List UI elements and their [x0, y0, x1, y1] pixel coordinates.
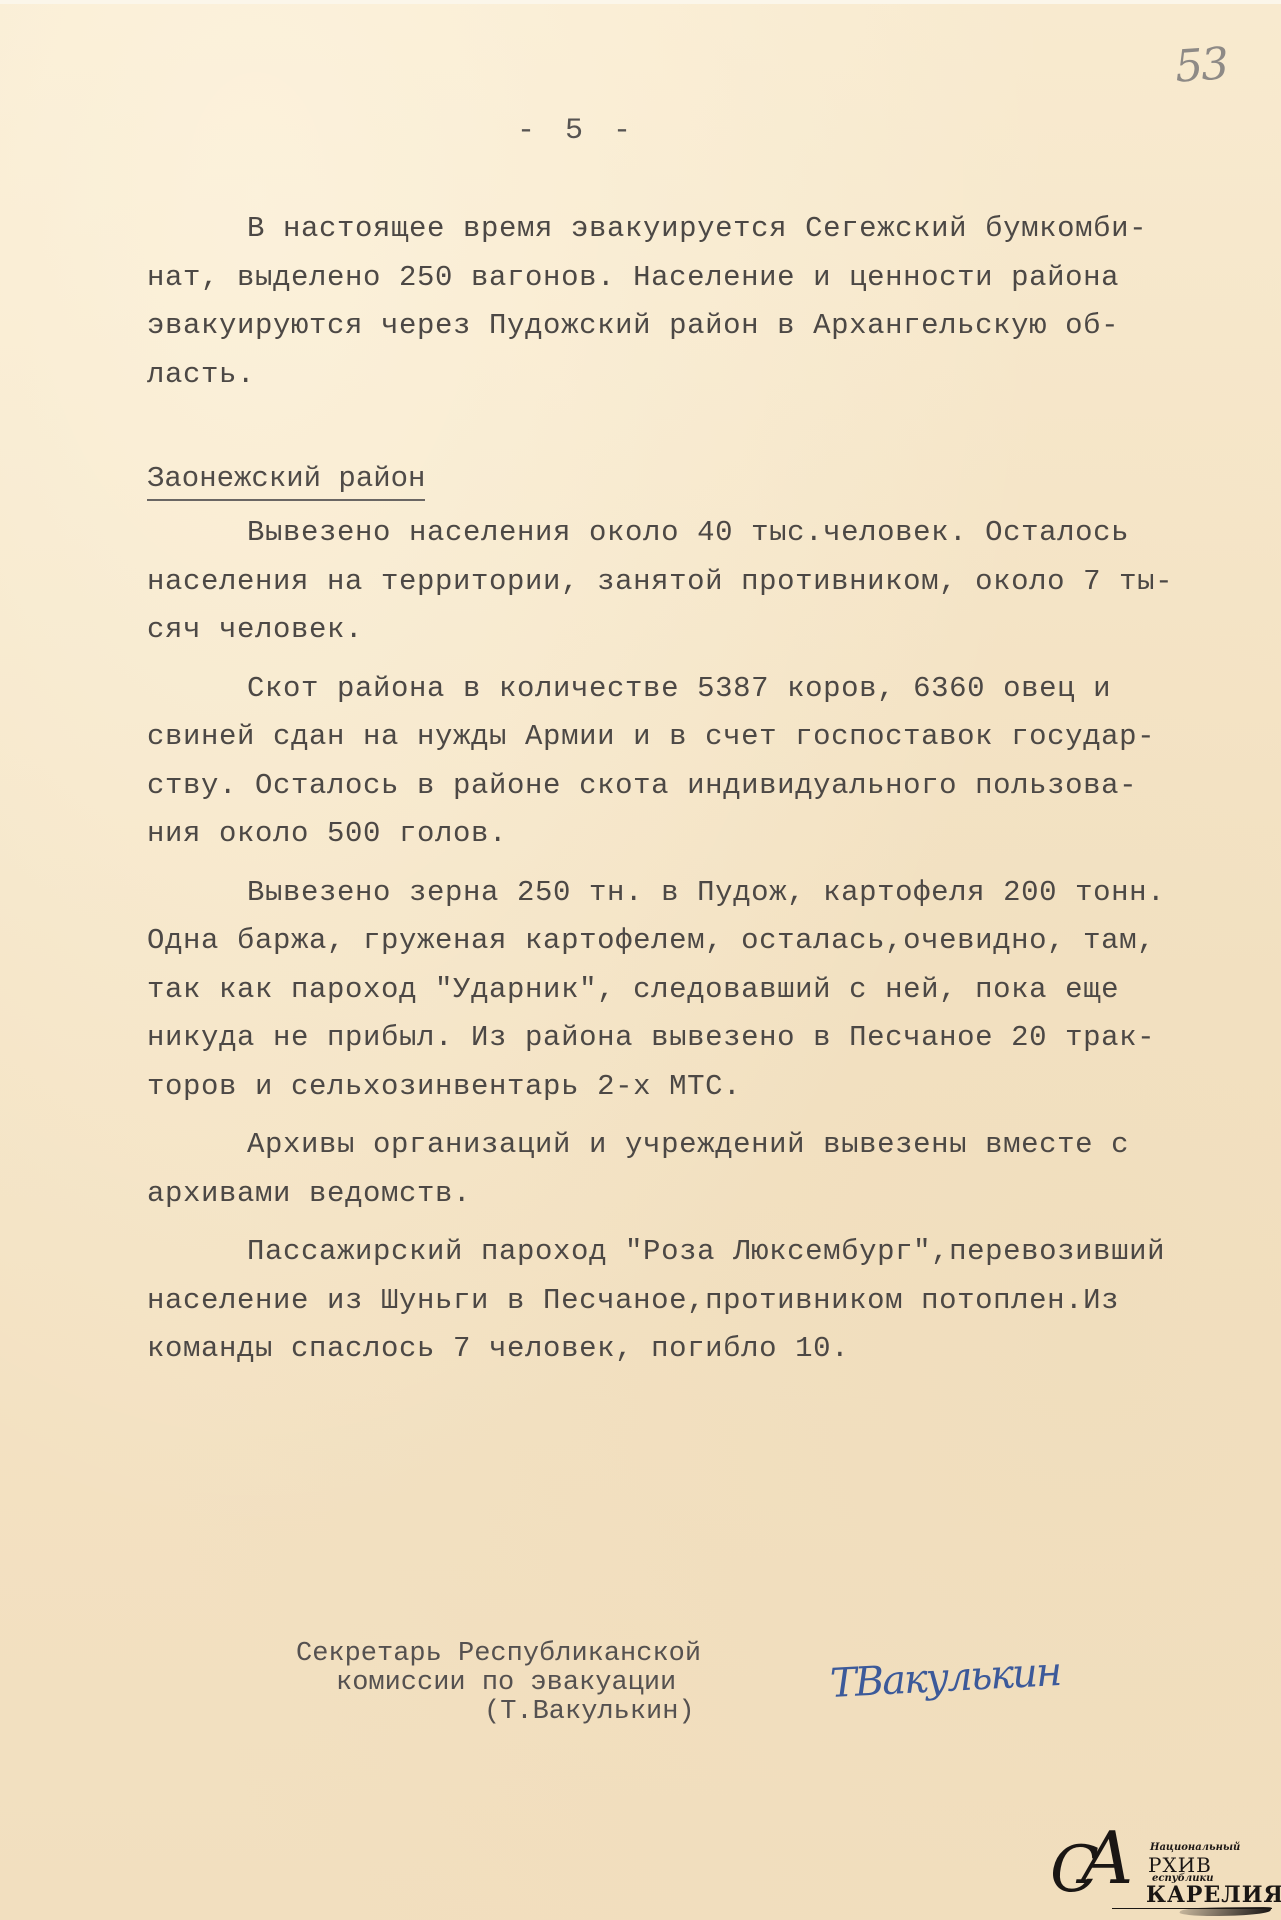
text-line: сяч человек. [147, 606, 1257, 655]
text-line: В настоящее время эвакуируется Сегежский… [147, 205, 1257, 254]
signature-block: Секретарь Республиканской комиссии по эв… [296, 1640, 856, 1727]
paragraph-livestock: Скот района в количестве 5387 коров, 636… [147, 665, 1257, 859]
page-number: - 5 - [517, 114, 637, 148]
signatory-name: (Т.Вакулькин) [296, 1698, 856, 1727]
paragraph-intro: В настоящее время эвакуируется Сегежский… [147, 205, 1257, 399]
paragraph-archives: Архивы организаций и учреждений вывезены… [147, 1121, 1257, 1218]
spacer [147, 399, 1257, 459]
text-line: нат, выделено 250 вагонов. Население и ц… [147, 254, 1257, 303]
text-line: ния около 500 голов. [147, 810, 1257, 859]
archive-sheet-number: 53 [1173, 38, 1228, 93]
text-line: ству. Осталось в районе скота индивидуал… [147, 762, 1257, 811]
signatory-title-line-2: комиссии по эвакуации [296, 1669, 856, 1698]
text-line: населения на территории, занятой противн… [147, 558, 1257, 607]
text-line: Вывезено населения около 40 тыс.человек.… [147, 509, 1257, 558]
text-line: свиней сдан на нужды Армии и в счет госп… [147, 713, 1257, 762]
spacer [147, 655, 1257, 665]
section-heading: Заонежский район [147, 459, 425, 501]
document-body: В настоящее время эвакуируется Сегежский… [147, 205, 1257, 1374]
spacer [147, 1218, 1257, 1228]
paragraph-grain: Вывезено зерна 250 тн. в Пудож, картофел… [147, 869, 1257, 1112]
text-line: ласть. [147, 351, 1257, 400]
text-line: население из Шуньги в Песчаное,противник… [147, 1277, 1257, 1326]
text-line: Скот района в количестве 5387 коров, 636… [147, 665, 1257, 714]
text-line: эвакуируются через Пудожский район в Арх… [147, 302, 1257, 351]
text-line: так как пароход "Ударник", следовавший с… [147, 966, 1257, 1015]
text-line: Вывезено зерна 250 тн. в Пудож, картофел… [147, 869, 1257, 918]
paragraph-steamer: Пассажирский пароход "Роза Люксембург",п… [147, 1228, 1257, 1374]
handwritten-signature: ТВакулькин [829, 1649, 1061, 1707]
logo-national-text: Национальный [1150, 1842, 1240, 1853]
spacer [147, 1111, 1257, 1121]
text-line: торов и сельхозинвентарь 2-х МТС. [147, 1063, 1257, 1112]
page-top-edge [0, 0, 1281, 4]
signatory-title-line-1: Секретарь Республиканской [296, 1640, 856, 1669]
text-line: команды спаслось 7 человек, погибло 10. [147, 1325, 1257, 1374]
archive-logo: С А Национальный РХИВ еспублики КАРЕЛИЯ [1050, 1820, 1275, 1915]
logo-letter-a: А [1080, 1822, 1135, 1894]
text-line: Одна баржа, груженая картофелем, осталас… [147, 917, 1257, 966]
paragraph-population: Вывезено населения около 40 тыс.человек.… [147, 509, 1257, 655]
text-line: Архивы организаций и учреждений вывезены… [147, 1121, 1257, 1170]
quill-icon [1112, 1908, 1272, 1915]
text-line: архивами ведомств. [147, 1170, 1257, 1219]
text-line: Пассажирский пароход "Роза Люксембург",п… [147, 1228, 1257, 1277]
logo-karelia-text: КАРЕЛИЯ [1146, 1882, 1281, 1908]
spacer [147, 859, 1257, 869]
text-line: никуда не прибыл. Из района вывезено в П… [147, 1014, 1257, 1063]
